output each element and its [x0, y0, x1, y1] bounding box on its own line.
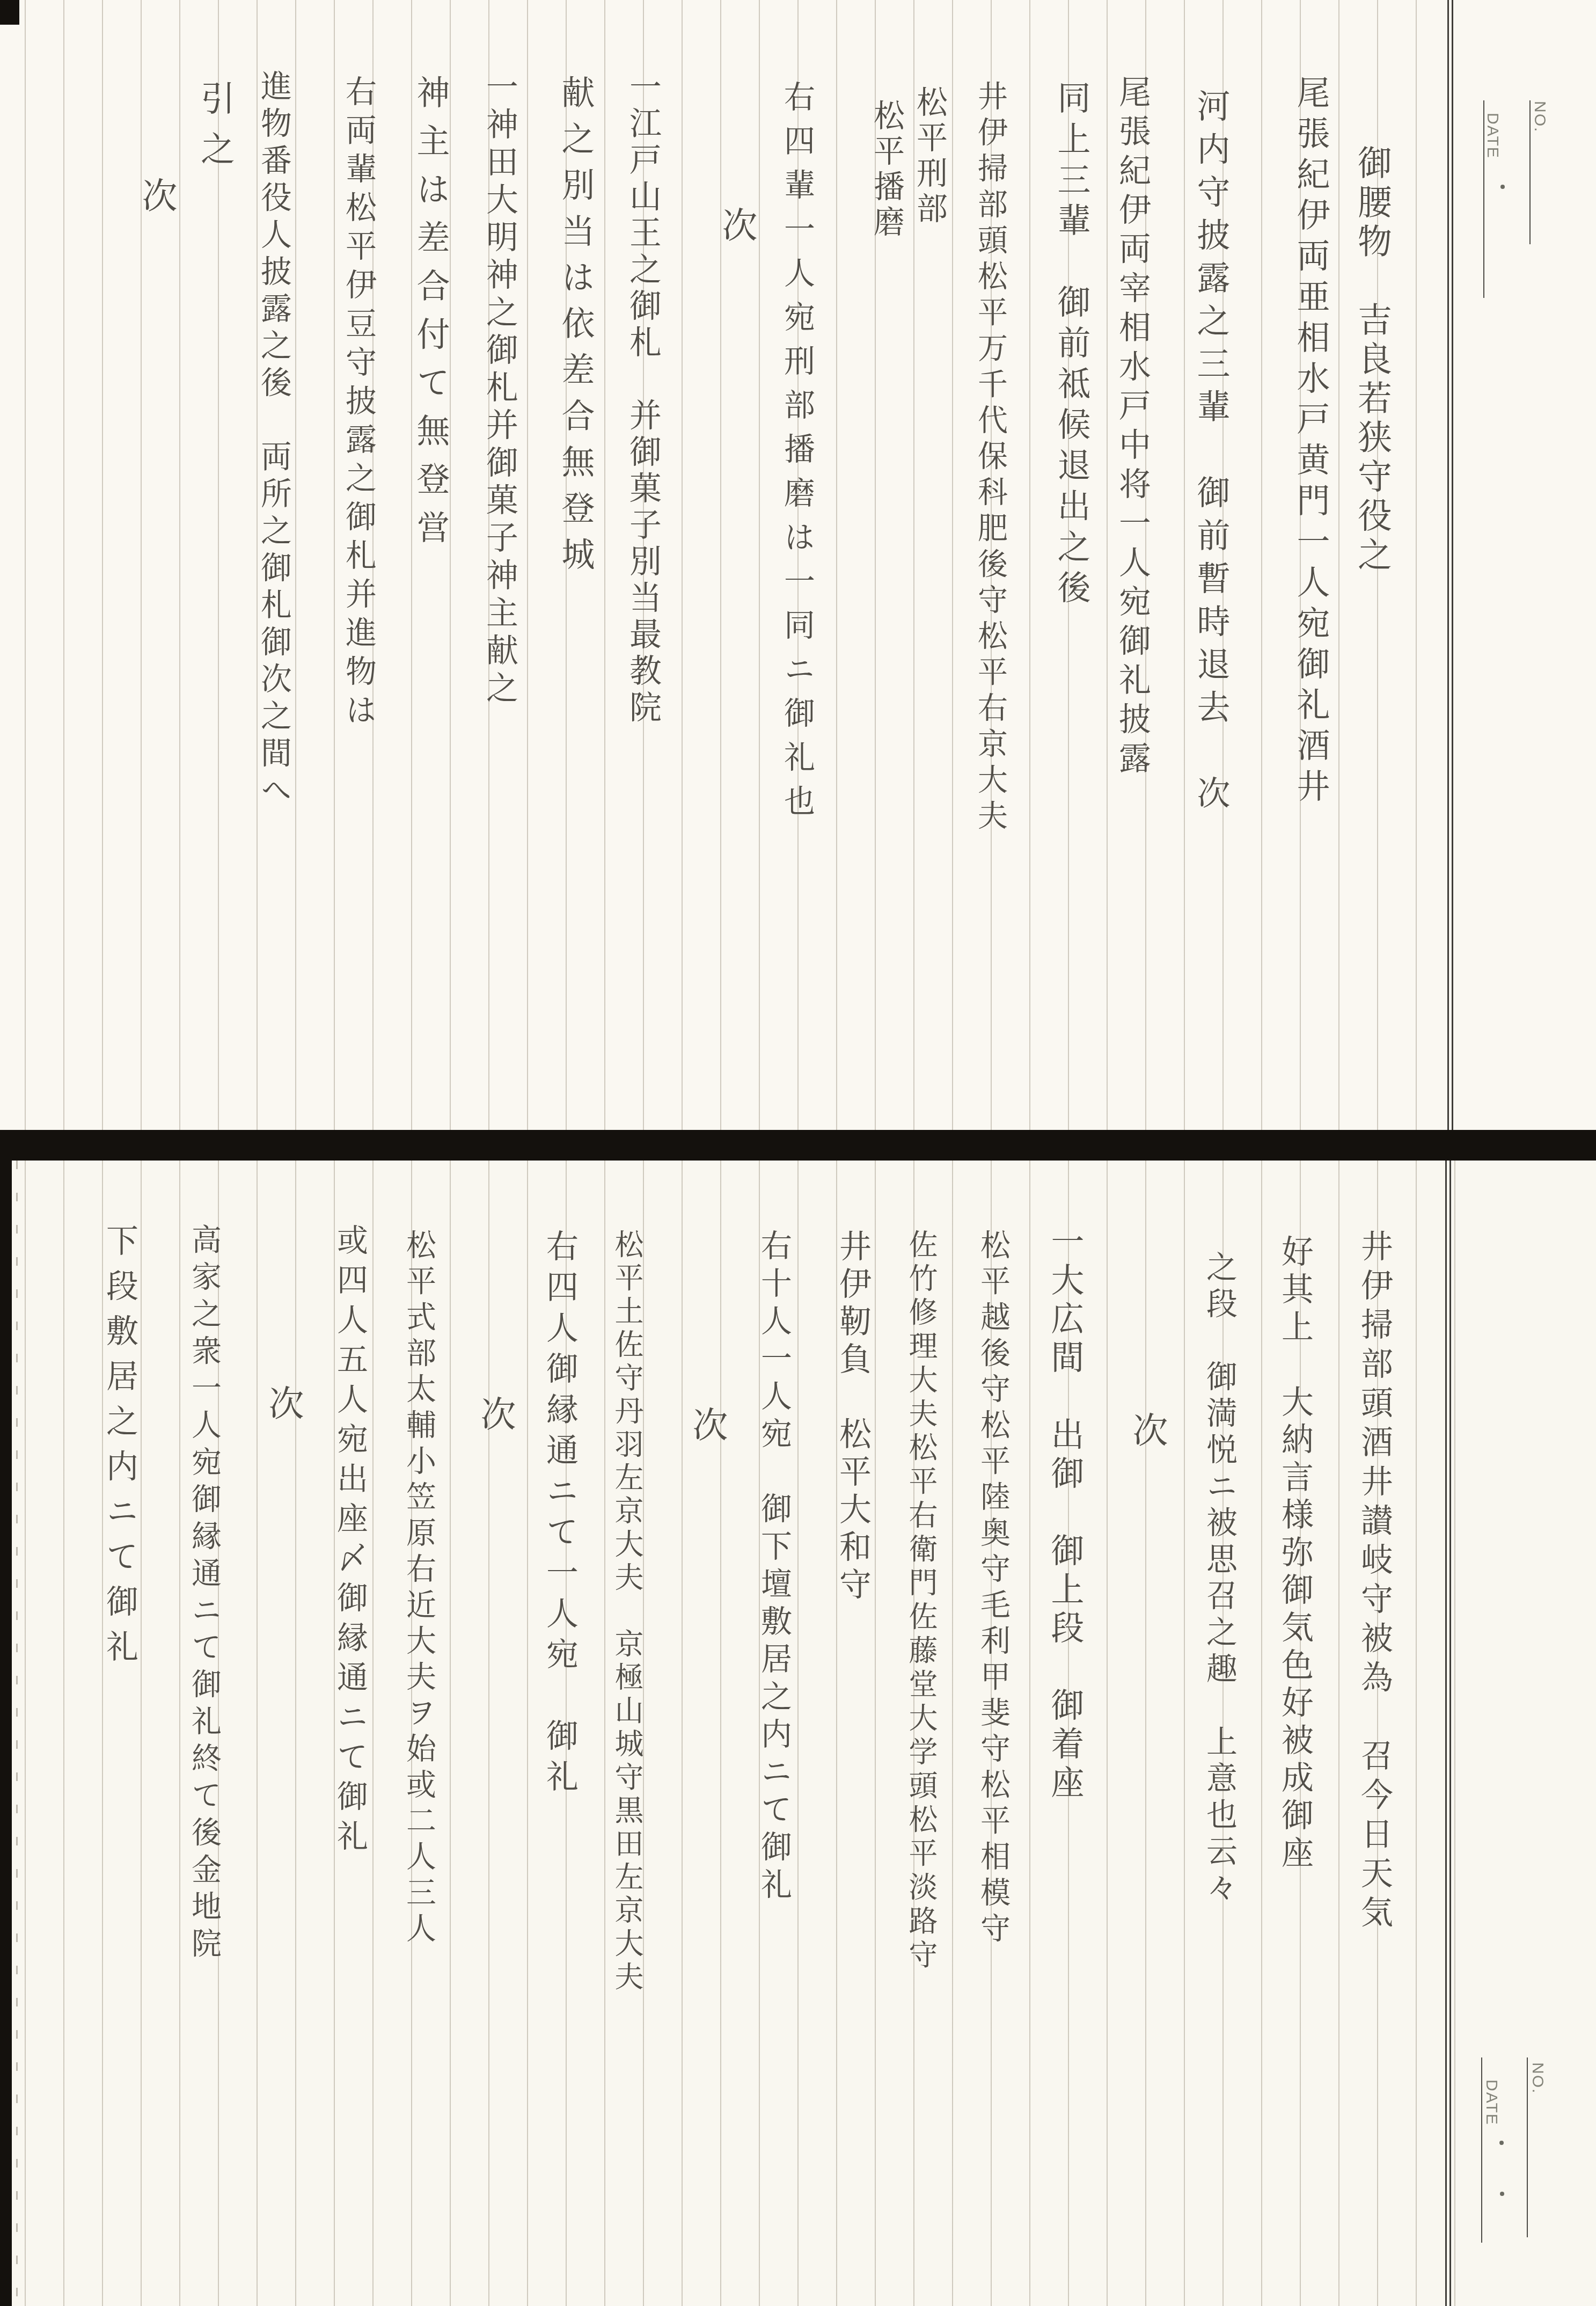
date-separator-dot [1499, 2141, 1504, 2145]
text-column: 御腰物 吉良若狭守役之 [1347, 145, 1396, 576]
text-column: 一大広間 出御 御上段 御着座 [1041, 1224, 1089, 1804]
text-column: 河内守披露之三輩 御前暫時退去 次 [1187, 89, 1235, 819]
notebook-page-top: NO. DATE 御腰物 吉良若狭守役之 尾張紀伊両亜相水戸黄門一人宛御礼酒井 … [0, 0, 1596, 1130]
text-column: 或四人五人宛出座〆御縁通ニて御礼 [327, 1224, 372, 1859]
date-separator-dot [1500, 2192, 1504, 2196]
date-label: DATE [1483, 113, 1502, 159]
text-column: 松平越後守松平陸奥守毛利甲斐守松平相模守 [971, 1229, 1014, 1949]
text-column: 一神田大明神之御札并御菓子神主献之 [477, 70, 523, 709]
text-column: 次 [131, 177, 182, 213]
text-column: 尾張紀伊両宰相水戸中将一人宛御礼披露 [1109, 75, 1155, 780]
header-double-rule [1447, 0, 1453, 1130]
scan-corner-shadow [0, 0, 19, 25]
text-column: 松平土佐守丹羽左京大夫 京極山城守黒田左京大夫 [606, 1229, 648, 1995]
text-column: 好其上 大納言様弥御気色好被成御座 [1272, 1235, 1318, 1873]
text-column: 高家之衆一人宛御縁通ニて御礼終て後金地院 [182, 1224, 225, 1965]
text-column: 井伊掃部頭酒井讃岐守被為 召今日天気 [1351, 1229, 1397, 1935]
text-column: 同上三輩 御前祗候退出之後 [1048, 81, 1095, 611]
text-column: 之段 御満悦ニ被思召之趣 上意也云々 [1197, 1251, 1242, 1908]
text-column: 下段敷居之内ニて御礼 [97, 1224, 143, 1675]
text-column: 次 [711, 207, 762, 242]
binding-edge-ticks [16, 1161, 18, 2306]
scanned-notebook-spread: { "colors":{"paper":"#faf8f2","ink":"#51… [0, 0, 1596, 2306]
text-column: 神主は差合付て無登営 [407, 75, 455, 558]
text-column: 佐竹修理大夫松平右衛門佐藤堂大学頭松平淡路守 [901, 1229, 942, 1973]
text-column: 右四輩一人宛刑部播磨は一同ニ御礼也 [774, 81, 819, 829]
no-label: NO. [1531, 101, 1549, 133]
text-column: 井伊靭負 松平大和守 [830, 1229, 876, 1605]
text-column: 次 [470, 1396, 521, 1431]
text-column: 次 [682, 1406, 733, 1442]
date-label: DATE [1482, 2079, 1500, 2126]
text-column: 次 [258, 1385, 309, 1420]
text-column: 引之 [190, 81, 239, 181]
text-column: 献之別当は依差合無登城 [552, 75, 599, 583]
text-column: 右十人一人宛 御下壇敷居之内ニて御礼 [751, 1229, 796, 1906]
ruled-lines [25, 1161, 1459, 2306]
notebook-page-bottom: NO. DATE 井伊掃部頭酒井讃岐守被為 召今日天気 好其上 大納言様弥御気色… [12, 1161, 1596, 2306]
date-separator-dot [1500, 185, 1505, 189]
text-column: 右両輩松平伊豆守披露之御札并進物は [336, 75, 381, 732]
no-field-line [1527, 2057, 1528, 2237]
text-column: 次 [1122, 1412, 1173, 1447]
text-column: 右四人御縁通ニて一人宛 御礼 [537, 1229, 583, 1800]
text-column: 松平式部太輔小笠原右近大夫ヲ始或二人三人 [397, 1229, 440, 1949]
text-column: 松平刑部 [907, 86, 952, 228]
text-column: 進物番役人披露之後 両所之御札御次之間へ [251, 70, 296, 811]
text-column: 松平播磨 [864, 99, 909, 241]
text-column: 尾張紀伊両亜相水戸黄門一人宛御礼酒井 [1287, 75, 1335, 809]
header-double-rule [1445, 1161, 1451, 2306]
no-label: NO. [1528, 2062, 1547, 2094]
text-column: 井伊掃部頭松平万千代保科肥後守松平右京大夫 [969, 81, 1012, 836]
text-column: 一江戸山王之御札 并御菓子別当最教院 [620, 70, 666, 727]
